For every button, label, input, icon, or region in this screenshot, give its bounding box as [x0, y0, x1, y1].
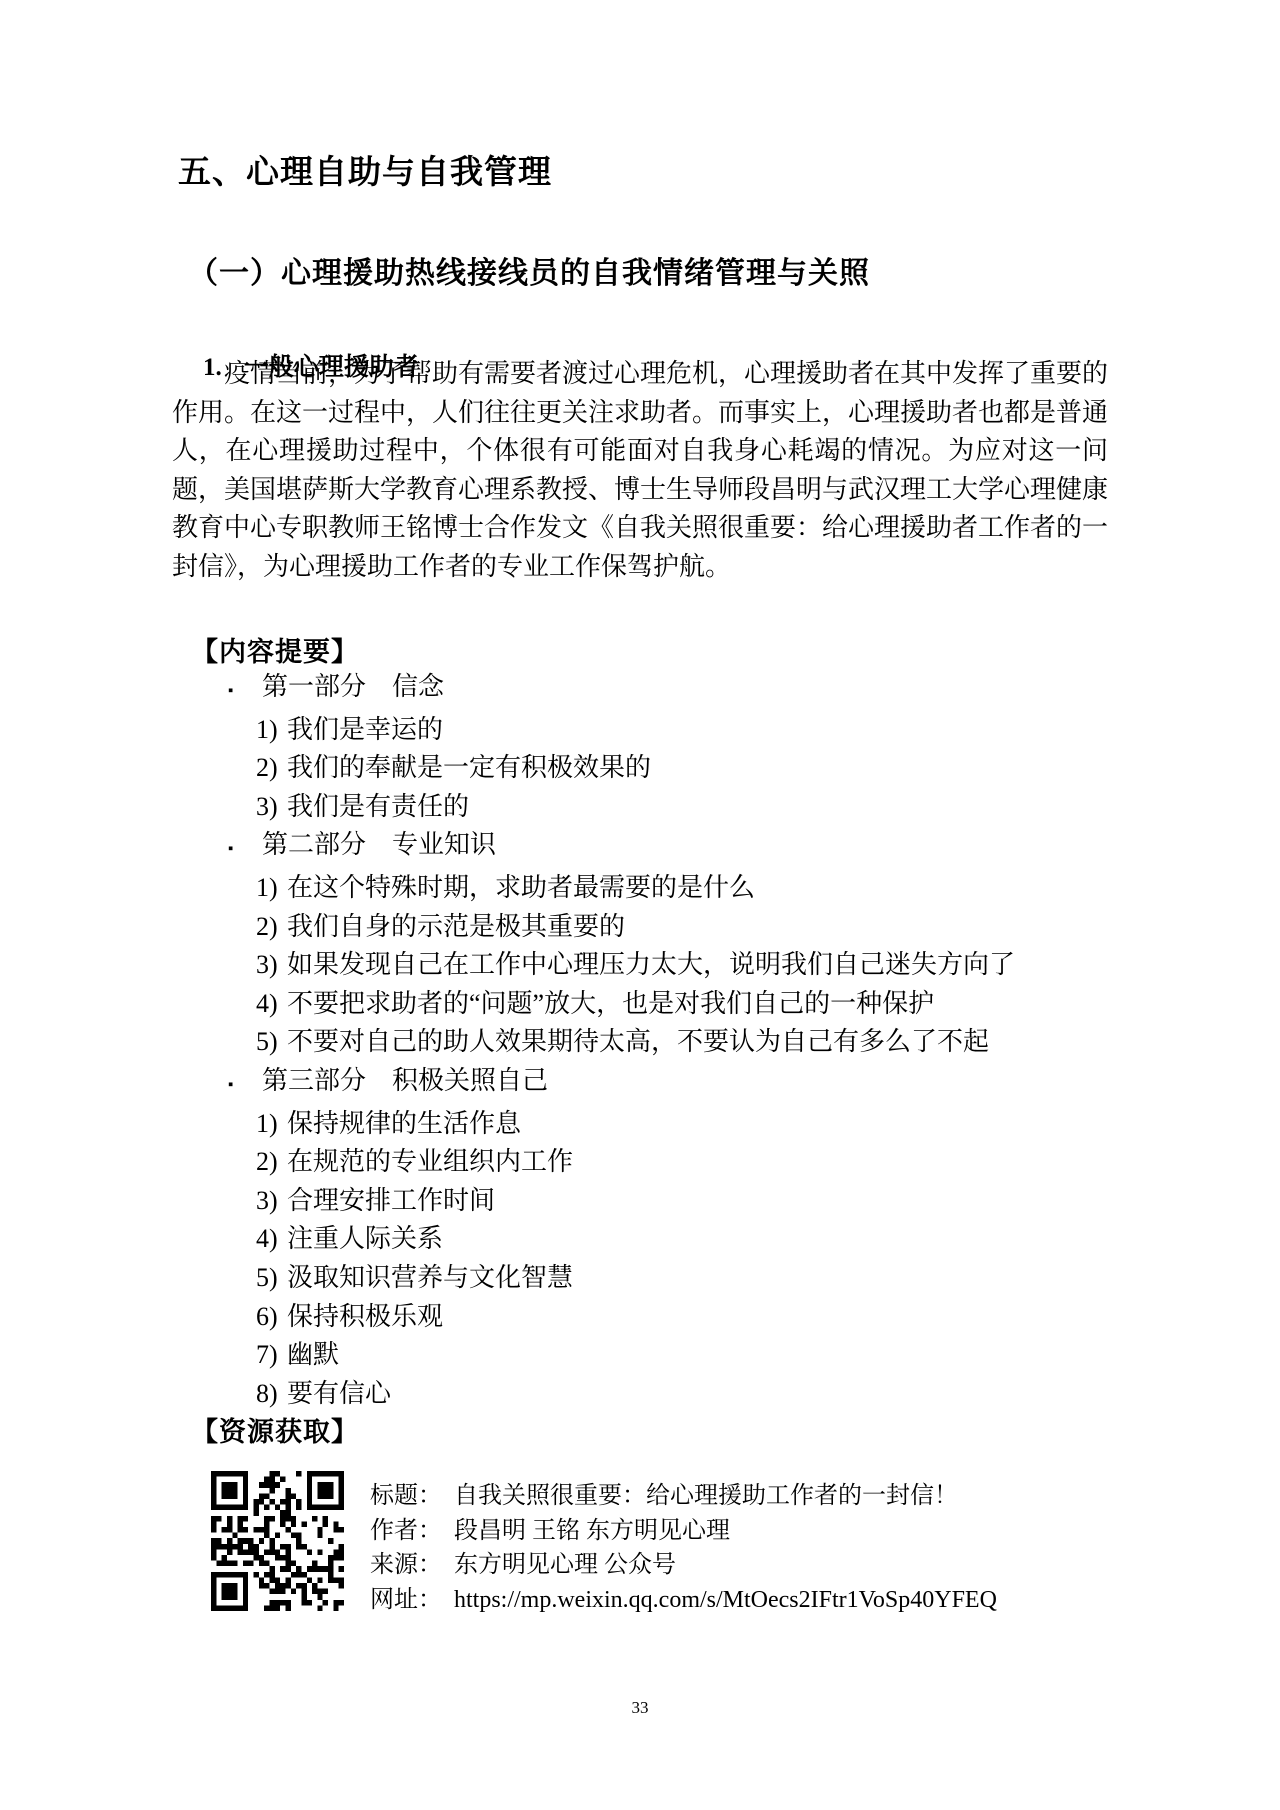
item-number: 3)	[256, 946, 287, 985]
item-text: 不要把求助者的“问题”放大，也是对我们自己的一种保护	[287, 985, 934, 1024]
document-page: 五、心理自助与自我管理 （一）心理援助热线接线员的自我情绪管理与关照 1.一般心…	[0, 0, 1280, 1810]
item-text: 我们的奉献是一定有积极效果的	[287, 749, 651, 788]
summary-list-item: 4) 不要把求助者的“问题”放大，也是对我们自己的一种保护	[193, 985, 1123, 1024]
summary-list-item: 1) 我们是幸运的	[193, 711, 1123, 750]
item-number: 5)	[256, 1259, 287, 1298]
part-label: 第三部分 积极关照自己	[262, 1062, 548, 1101]
field-label: 标题：	[370, 1483, 442, 1509]
item-number: 1)	[256, 1105, 287, 1144]
section-title: （一）心理援助热线接线员的自我情绪管理与关照	[188, 248, 870, 292]
resource-field-row: 网址： https://mp.weixin.qq.com/s/MtOecs2IF…	[370, 1583, 1090, 1618]
item-number: 2)	[256, 1143, 287, 1182]
item-text: 要有信心	[287, 1375, 391, 1414]
item-number: 5)	[256, 1023, 287, 1062]
item-text: 汲取知识营养与文化智慧	[287, 1259, 573, 1298]
summary-list-item: 1) 在这个特殊时期，求助者最需要的是什么	[193, 869, 1123, 908]
resource-url-link[interactable]: https://mp.weixin.qq.com/s/MtOecs2IFtr1V…	[454, 1587, 997, 1613]
chapter-title: 五、心理自助与自我管理	[178, 146, 552, 193]
field-label: 来源：	[370, 1552, 442, 1578]
item-text: 合理安排工作时间	[287, 1182, 495, 1221]
summary-list-item: 3) 合理安排工作时间	[193, 1182, 1123, 1221]
item-text: 注重人际关系	[287, 1220, 443, 1259]
item-text: 在这个特殊时期，求助者最需要的是什么	[287, 869, 755, 908]
summary-list-item: 3) 我们是有责任的	[193, 788, 1123, 827]
summary-heading: 【内容提要】	[191, 630, 359, 669]
resource-field-row: 来源： 东方明见心理 公众号	[370, 1548, 1090, 1583]
item-text: 如果发现自己在工作中心理压力太大，说明我们自己迷失方向了	[287, 946, 1015, 985]
summary-list-item: 2) 我们的奉献是一定有积极效果的	[193, 749, 1123, 788]
item-text: 幽默	[287, 1336, 339, 1375]
resource-field-row: 作者： 段昌明 王铭 东方明见心理	[370, 1514, 1090, 1549]
item-number: 2)	[256, 908, 287, 947]
item-text: 在规范的专业组织内工作	[287, 1143, 573, 1182]
item-number: 4)	[256, 1220, 287, 1259]
field-value: 东方明见心理 公众号	[454, 1552, 676, 1578]
item-text: 不要对自己的助人效果期待太高，不要认为自己有多么了不起	[287, 1023, 989, 1062]
summary-list-item: 3) 如果发现自己在工作中心理压力太大，说明我们自己迷失方向了	[193, 946, 1123, 985]
summary-list-item: 2) 我们自身的示范是极其重要的	[193, 908, 1123, 947]
summary-list-item: 5) 汲取知识营养与文化智慧	[193, 1259, 1123, 1298]
square-bullet-icon: ▪	[228, 1066, 262, 1105]
summary-list-item: 6) 保持积极乐观	[193, 1298, 1123, 1337]
item-number: 6)	[256, 1298, 287, 1337]
resources-heading: 【资源获取】	[191, 1410, 359, 1449]
summary-part-row: ▪ 第二部分 专业知识	[193, 826, 1123, 869]
square-bullet-icon: ▪	[228, 830, 262, 869]
field-label: 网址：	[370, 1587, 442, 1613]
square-bullet-icon: ▪	[228, 672, 262, 711]
summary-list-item: 8) 要有信心	[193, 1375, 1123, 1414]
summary-list-item: 2) 在规范的专业组织内工作	[193, 1143, 1123, 1182]
part-label: 第一部分 信念	[262, 668, 444, 707]
item-number: 1)	[256, 869, 287, 908]
item-text: 我们是幸运的	[287, 711, 443, 750]
item-text: 我们自身的示范是极其重要的	[287, 908, 625, 947]
summary-list-item: 4) 注重人际关系	[193, 1220, 1123, 1259]
item-number: 7)	[256, 1336, 287, 1375]
item-text: 保持规律的生活作息	[287, 1105, 521, 1144]
field-label: 作者：	[370, 1518, 442, 1544]
item-number: 4)	[256, 985, 287, 1024]
qr-code-image	[211, 1471, 344, 1611]
item-text: 保持积极乐观	[287, 1298, 443, 1337]
item-number: 3)	[256, 1182, 287, 1221]
resource-field-row: 标题： 自我关照很重要：给心理援助工作者的一封信！	[370, 1479, 1090, 1514]
item-number: 2)	[256, 749, 287, 788]
summary-list: ▪ 第一部分 信念 1) 我们是幸运的 2) 我们的奉献是一定有积极效果的 3)…	[193, 668, 1123, 1413]
summary-part-row: ▪ 第三部分 积极关照自己	[193, 1062, 1123, 1105]
field-value: 自我关照很重要：给心理援助工作者的一封信！	[454, 1483, 958, 1509]
item-number: 1)	[256, 711, 287, 750]
item-number: 8)	[256, 1375, 287, 1414]
summary-part-row: ▪ 第一部分 信念	[193, 668, 1123, 711]
item-number: 3)	[256, 788, 287, 827]
item-text: 我们是有责任的	[287, 788, 469, 827]
summary-list-item: 5) 不要对自己的助人效果期待太高，不要认为自己有多么了不起	[193, 1023, 1123, 1062]
summary-list-item: 7) 幽默	[193, 1336, 1123, 1375]
page-number: 33	[0, 1698, 1280, 1718]
field-value: 段昌明 王铭 东方明见心理	[454, 1518, 730, 1544]
summary-list-item: 1) 保持规律的生活作息	[193, 1105, 1123, 1144]
part-label: 第二部分 专业知识	[262, 826, 496, 865]
intro-paragraph: 疫情当前，为了帮助有需要者渡过心理危机，心理援助者在其中发挥了重要的作用。在这一…	[172, 355, 1108, 586]
resource-fields: 标题： 自我关照很重要：给心理援助工作者的一封信！ 作者： 段昌明 王铭 东方明…	[370, 1479, 1090, 1617]
